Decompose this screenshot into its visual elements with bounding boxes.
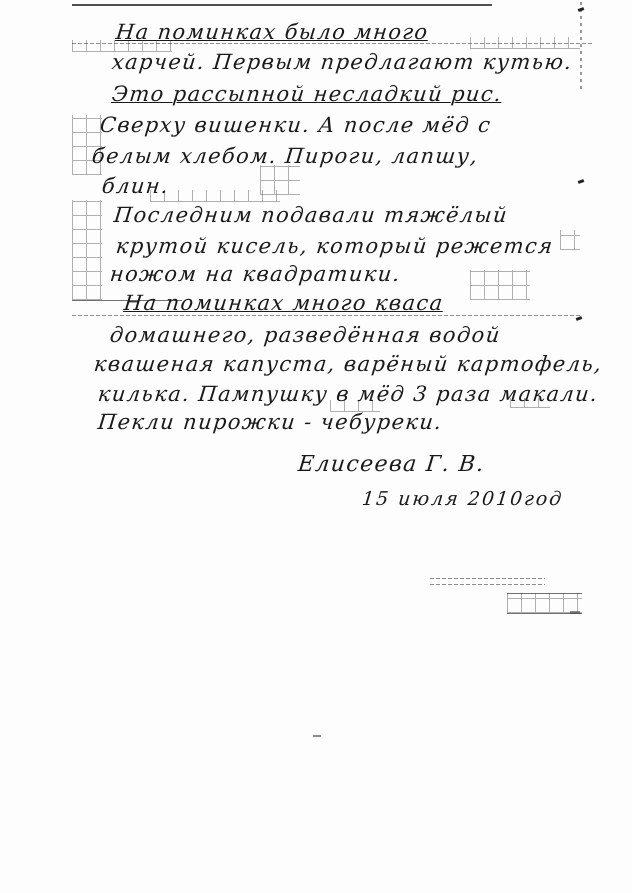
text-line: крутой кисель, который режется: [115, 234, 555, 258]
text-line: Это рассыпной несладкий рис.: [111, 82, 504, 106]
grid-fragment: [72, 200, 102, 300]
scan-speck: [570, 611, 580, 614]
text-line: блин.: [101, 174, 171, 198]
scanned-page: На поминках было много харчей. Первым пр…: [0, 0, 632, 893]
signature-date: 15 июля 2010год: [361, 488, 565, 510]
text-line: Последним подавали тяжёлый: [113, 203, 510, 227]
text-line: квашеная капуста, варёный картофель,: [93, 352, 604, 376]
page-right-edge: [580, 2, 582, 92]
grid-line: [430, 578, 545, 579]
text-line: белым хлебом. Пироги, лапшу,: [91, 144, 480, 168]
page-top-edge: [72, 4, 492, 6]
grid-fragment: [560, 230, 580, 250]
text-line: На поминках много кваса: [123, 291, 445, 315]
text-line: Сверху вишенки. А после мёд с: [99, 113, 493, 137]
text-line: домашнего, разведённая водой: [109, 323, 502, 347]
text-line: На поминках было много: [115, 20, 430, 44]
text-line: харчей. Первым предлагают кутью.: [111, 50, 574, 74]
scan-speck: [313, 735, 321, 737]
text-line: килька. Пампушку в мёд 3 раза макали.: [97, 382, 600, 406]
grid-fragment: [507, 593, 582, 613]
text-line: ножом на квадратики.: [109, 262, 402, 286]
text-line: Пекли пирожки - чебуреки.: [97, 410, 444, 434]
grid-fragment: [470, 37, 580, 49]
grid-fragment: [470, 270, 530, 300]
grid-line: [507, 593, 582, 594]
grid-fragment: [150, 190, 280, 202]
scan-mark: [576, 316, 583, 321]
grid-line: [430, 584, 545, 585]
grid-line: [72, 315, 582, 316]
scan-mark: [578, 179, 585, 184]
signature: Елисеева Г. В.: [297, 452, 486, 477]
